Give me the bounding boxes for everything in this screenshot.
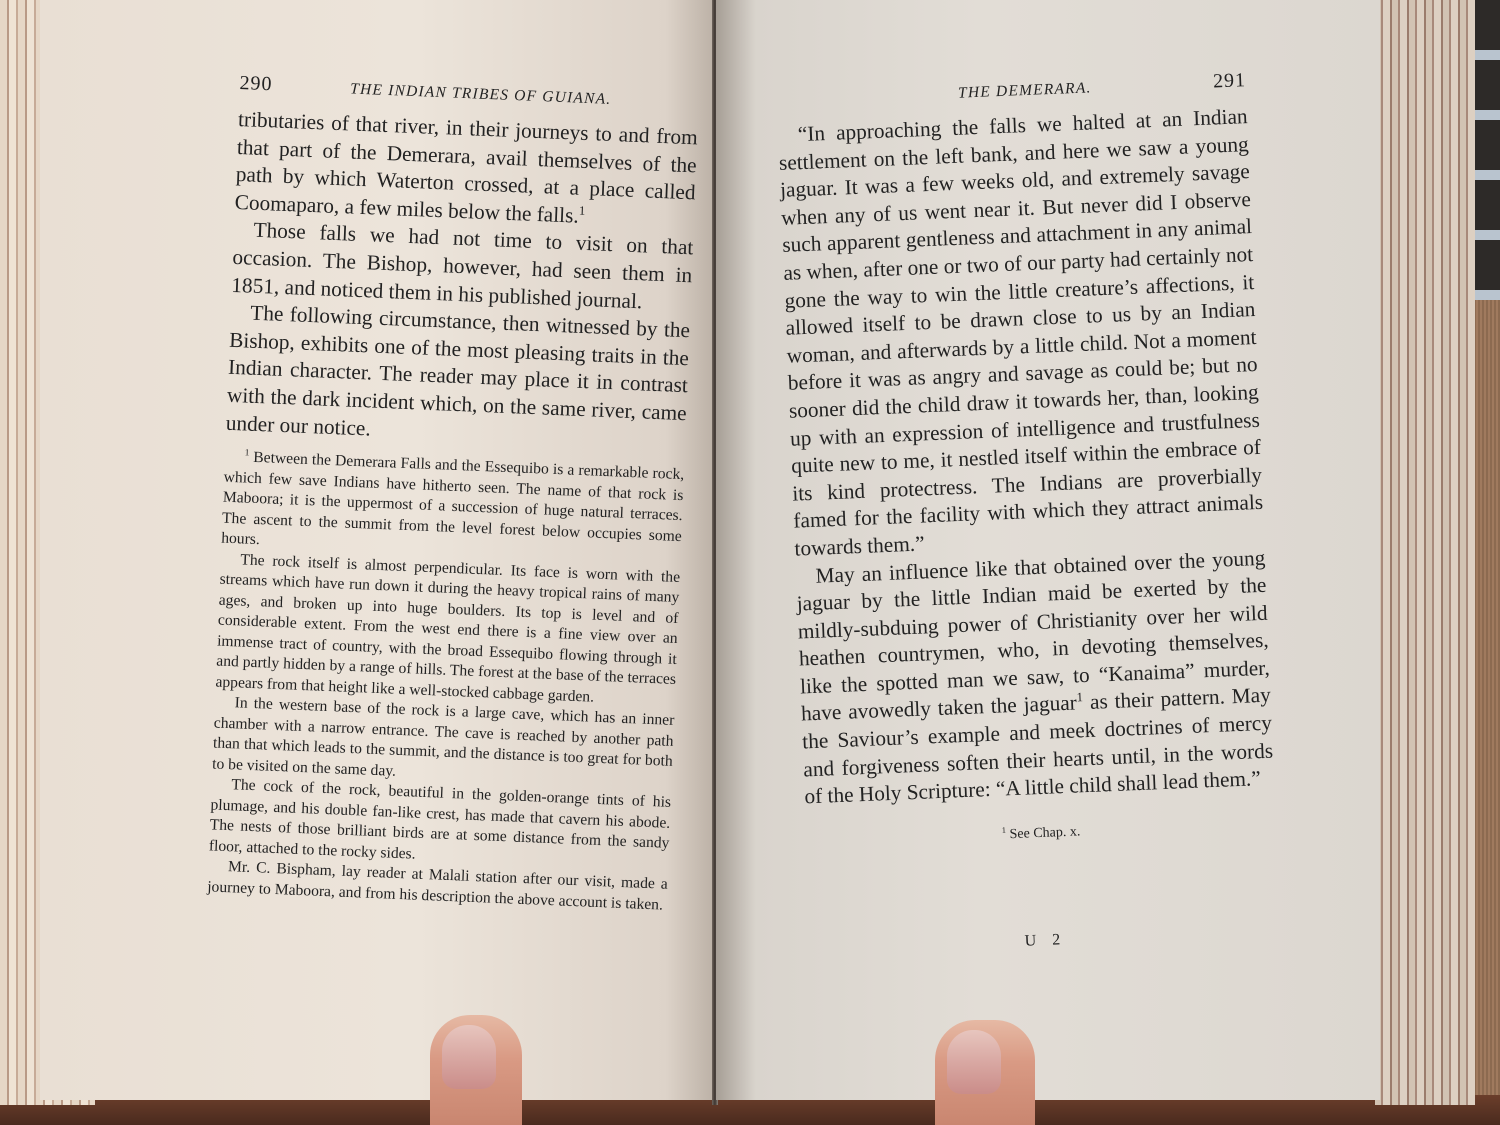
page-number: 291 [1213, 69, 1247, 93]
footnote-text: See Chap. x. [1009, 824, 1080, 842]
footnote-reference: 1 [1076, 691, 1083, 705]
right-page: THE DEMERARA. 291 “In approaching the fa… [716, 0, 1380, 1100]
paragraph: tributaries of that river, in their jour… [234, 106, 698, 235]
footnote: The rock itself is almost perpendicular.… [215, 549, 680, 711]
paragraph: “In approaching the falls we halted at a… [777, 103, 1264, 563]
left-thumb [430, 1015, 522, 1125]
footnote: 1 Between the Demerara Falls and the Ess… [221, 447, 685, 568]
right-page-stack-edge [1375, 0, 1475, 1105]
right-body-text: “In approaching the falls we halted at a… [777, 103, 1274, 811]
right-thumb [935, 1020, 1035, 1125]
footnote-marker: 1 [244, 448, 249, 458]
left-page-text-block: 290 THE INDIAN TRIBES OF GUIANA. tributa… [207, 72, 700, 916]
left-body-text: tributaries of that river, in their jour… [225, 106, 698, 455]
left-footnotes: 1 Between the Demerara Falls and the Ess… [207, 447, 685, 916]
right-footnote: 1 See Chap. x. [806, 816, 1276, 851]
footnote-marker: 1 [1002, 826, 1007, 835]
paragraph: The following circumstance, then witness… [225, 299, 690, 455]
thumbnail-nail [442, 1025, 496, 1089]
footnote-reference: 1 [579, 203, 586, 217]
footnote-text: Between the Demerara Falls and the Esseq… [221, 449, 685, 548]
thumbnail-nail [947, 1030, 1001, 1094]
page-number: 290 [239, 72, 273, 96]
paragraph-text: tributaries of that river, in their jour… [234, 107, 698, 228]
right-page-text-block: THE DEMERARA. 291 “In approaching the fa… [776, 69, 1281, 959]
paragraph: May an influence like that obtained over… [795, 544, 1275, 811]
running-head-title: THE DEMERARA. [958, 79, 1092, 102]
printer-signature-mark: U 2 [810, 922, 1280, 959]
left-page: 290 THE INDIAN TRIBES OF GUIANA. tributa… [40, 0, 720, 1100]
running-head-title: THE INDIAN TRIBES OF GUIANA. [350, 80, 612, 108]
